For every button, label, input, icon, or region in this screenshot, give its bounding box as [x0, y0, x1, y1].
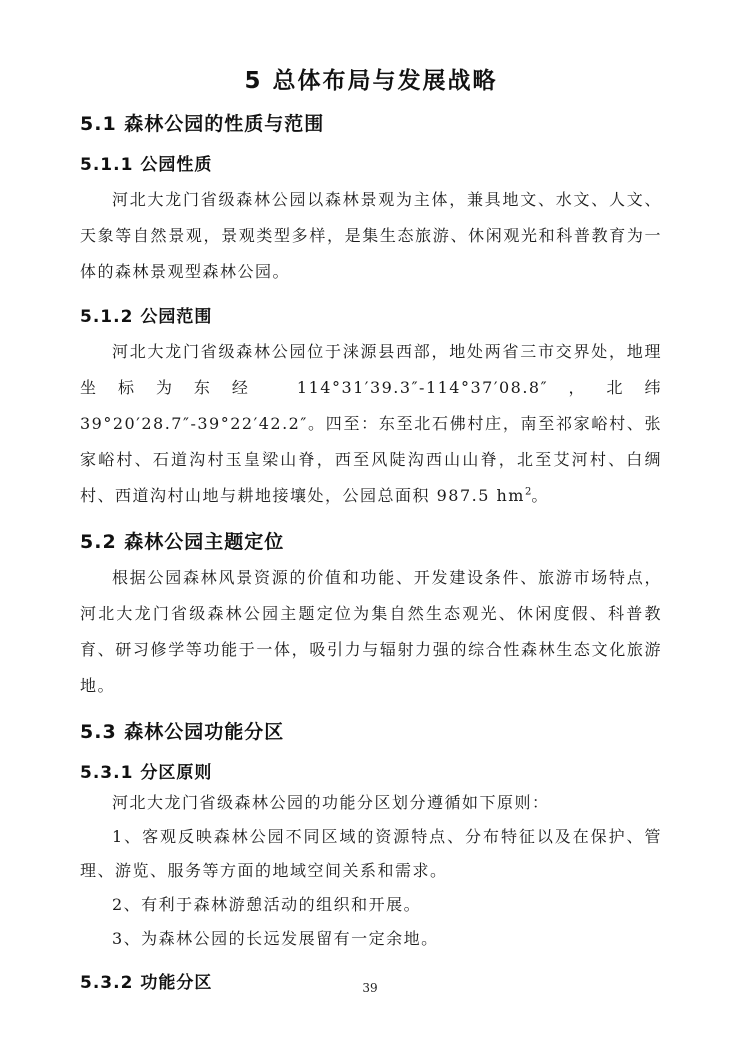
section-heading-5-2: 5.2 森林公园主题定位 [80, 529, 662, 556]
section-heading-5-3-1: 5.3.1 分区原则 [80, 761, 662, 786]
paragraph-park-scope: 河北大龙门省级森林公园位于涞源县西部，地处两省三市交界处，地理坐标为东经 114… [80, 334, 662, 514]
section-heading-5-1-2: 5.1.2 公园范围 [80, 305, 662, 330]
paragraph-park-scope-tail: 。 [531, 486, 549, 505]
page-title: 5 总体布局与发展战略 [80, 66, 662, 96]
zoning-principle-item-3: 3、为森林公园的长远发展留有一定余地。 [80, 922, 662, 956]
section-heading-5-1: 5.1 森林公园的性质与范围 [80, 111, 662, 138]
paragraph-theme-positioning: 根据公园森林风景资源的价值和功能、开发建设条件、旅游市场特点，河北大龙门省级森林… [80, 560, 662, 704]
zoning-principle-item-1: 1、客观反映森林公园不同区域的资源特点、分布特征以及在保护、管理、游览、服务等方… [80, 820, 662, 888]
page-number: 39 [0, 981, 740, 995]
section-heading-5-1-1: 5.1.1 公园性质 [80, 153, 662, 178]
zoning-principle-item-2: 2、有利于森林游憩活动的组织和开展。 [80, 888, 662, 922]
document-page: 5 总体布局与发展战略 5.1 森林公园的性质与范围 5.1.1 公园性质 河北… [0, 0, 740, 1047]
paragraph-park-scope-text: 河北大龙门省级森林公园位于涞源县西部，地处两省三市交界处，地理坐标为东经 114… [80, 342, 662, 505]
section-heading-5-3: 5.3 森林公园功能分区 [80, 719, 662, 746]
paragraph-zoning-principles-intro: 河北大龙门省级森林公园的功能分区划分遵循如下原则： [80, 786, 662, 820]
paragraph-park-character: 河北大龙门省级森林公园以森林景观为主体，兼具地文、水文、人文、天象等自然景观，景… [80, 182, 662, 290]
